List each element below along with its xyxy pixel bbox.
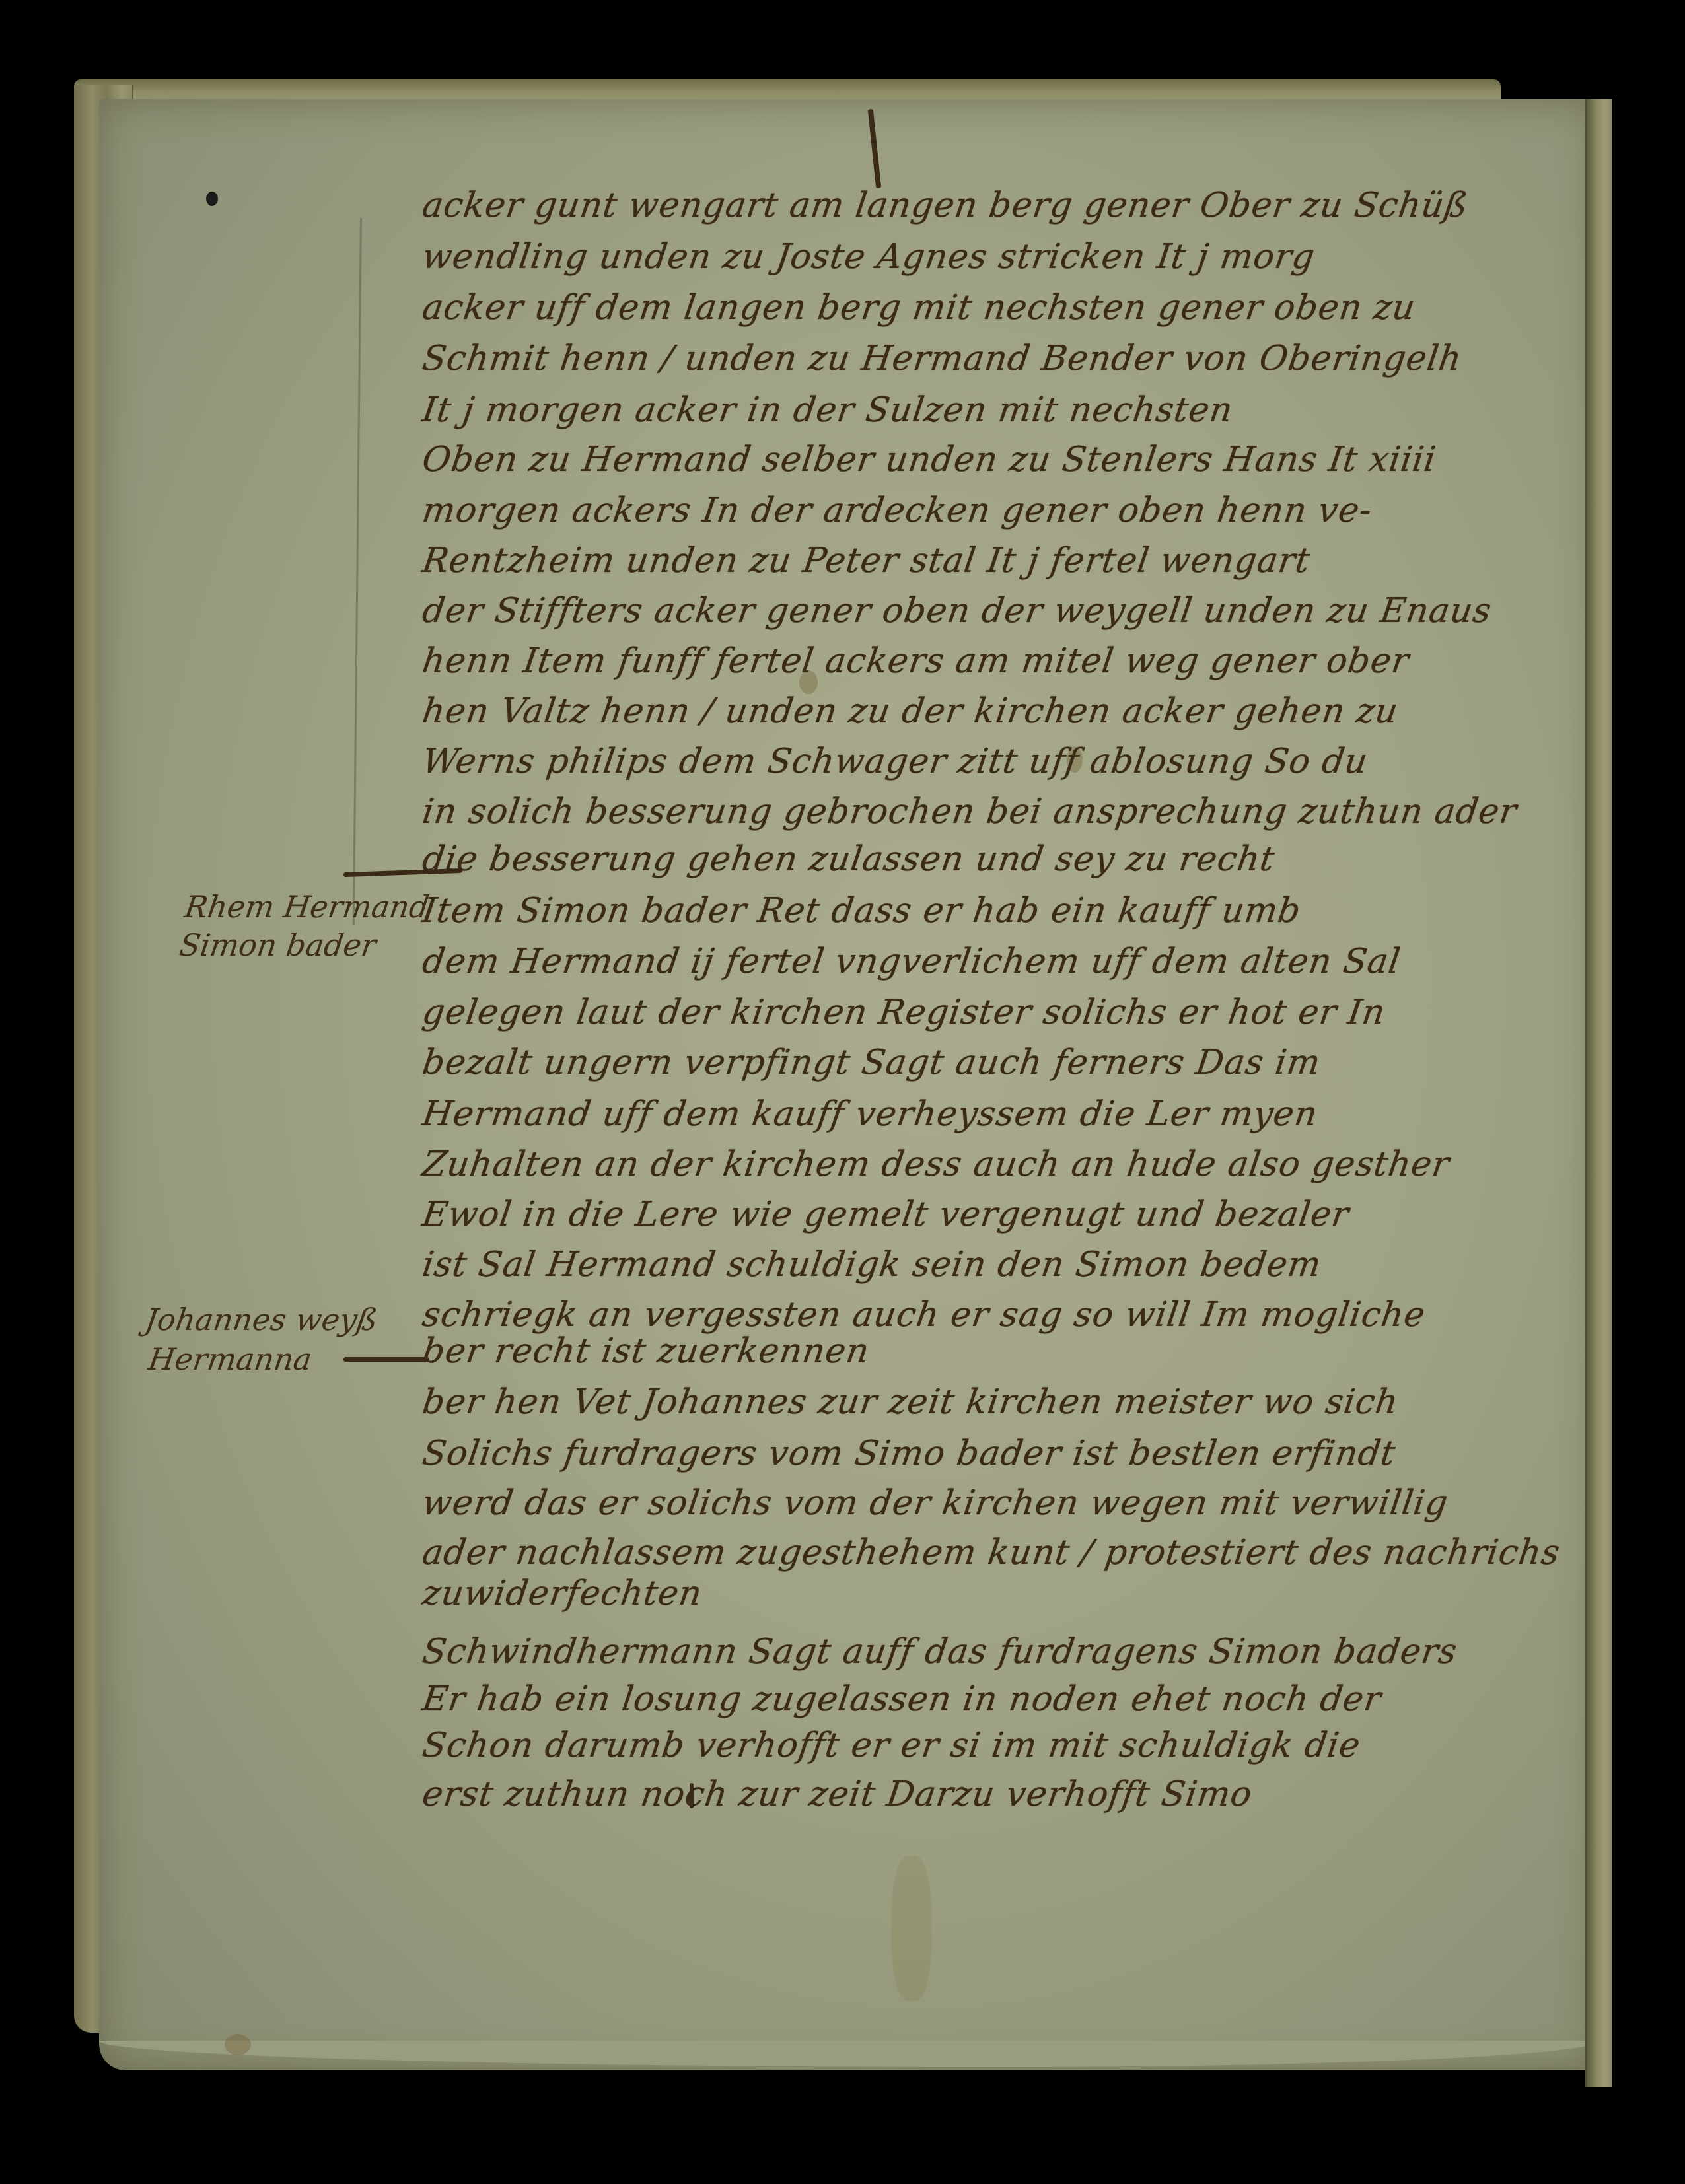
text-line: hen Valtz henn / unden zu der kirchen ac…: [420, 694, 1400, 728]
binding-hole: [206, 192, 218, 206]
text-line: Er hab ein losung zugelassen in noden eh…: [420, 1682, 1383, 1716]
text-line: morgen ackers In der ardecken gener oben…: [420, 493, 1374, 528]
text-line: henn Item funff fertel ackers am mitel w…: [420, 644, 1411, 678]
text-line: It j morgen acker in der Sulzen mit nech…: [420, 393, 1235, 427]
text-line: ader nachlassem zugesthehem kunt / prote…: [420, 1535, 1562, 1570]
foxing-stain: [892, 1856, 931, 2001]
text-line: zuwiderfechten: [420, 1576, 704, 1611]
text-line: gelegen laut der kirchen Register solich…: [420, 995, 1387, 1030]
text-line: wendling unden zu Joste Agnes stricken I…: [420, 240, 1317, 274]
text-line: werd das er solichs vom der kirchen wege…: [420, 1486, 1450, 1520]
text-line: Solichs furdragers vom Simo bader ist be…: [420, 1436, 1398, 1471]
text-line: Item Simon bader Ret dass er hab ein kau…: [420, 894, 1303, 928]
text-line: ist Sal Hermand schuldigk sein den Simon…: [420, 1248, 1324, 1282]
text-line: acker gunt wengart am langen berg gener …: [420, 188, 1470, 223]
margin-note-2-line-2: Hermanna: [147, 1344, 314, 1374]
text-line: Ewol in die Lere wie gemelt vergenugt un…: [420, 1197, 1351, 1232]
text-line: acker uff dem langen berg mit nechsten g…: [420, 291, 1417, 325]
text-line: bezalt ungern verpfingt Sagt auch ferner…: [420, 1045, 1322, 1080]
text-line: Hermand uff dem kauff verheyssem die Ler…: [420, 1097, 1320, 1131]
margin-connector-stroke: [343, 1357, 429, 1362]
text-line: Zuhalten an der kirchem dess auch an hud…: [420, 1147, 1452, 1181]
text-line: erst zuthun noch zur zeit Darzu verhofft…: [420, 1777, 1254, 1812]
margin-note-1-line-1: Rhem Hermand: [183, 892, 431, 922]
text-line: Rentzheim unden zu Peter stal It j ferte…: [420, 544, 1312, 578]
text-line: ber hen Vet Johannes zur zeit kirchen me…: [420, 1385, 1400, 1419]
text-line: die besserung gehen zulassen und sey zu …: [420, 842, 1277, 876]
text-line: Schwindhermann Sagt auff das furdragens …: [420, 1635, 1459, 1669]
margin-note-1-line-2: Simon bader: [178, 930, 378, 960]
text-line: dem Hermand ij fertel vngverlichem uff d…: [420, 944, 1402, 979]
text-line: schriegk an vergessten auch er sag so wi…: [420, 1298, 1427, 1332]
text-line: der Stiffters acker gener oben der weyge…: [420, 594, 1493, 628]
text-line: ber recht ist zuerkennen: [420, 1334, 871, 1368]
text-line: Schmit henn / unden zu Hermand Bender vo…: [420, 341, 1464, 376]
margin-note-2-line-1: Johannes weyß: [143, 1304, 380, 1335]
text-line: Werns philips dem Schwager zitt uff ablo…: [420, 744, 1370, 779]
water-stain: [225, 2034, 251, 2055]
text-line: in solich besserung gebrochen bei anspre…: [420, 794, 1519, 829]
text-line: Schon darumb verhofft er er si im mit sc…: [420, 1728, 1363, 1763]
book-gutter: [1585, 99, 1612, 2087]
text-line: Oben zu Hermand selber unden zu Stenlers…: [420, 442, 1438, 477]
